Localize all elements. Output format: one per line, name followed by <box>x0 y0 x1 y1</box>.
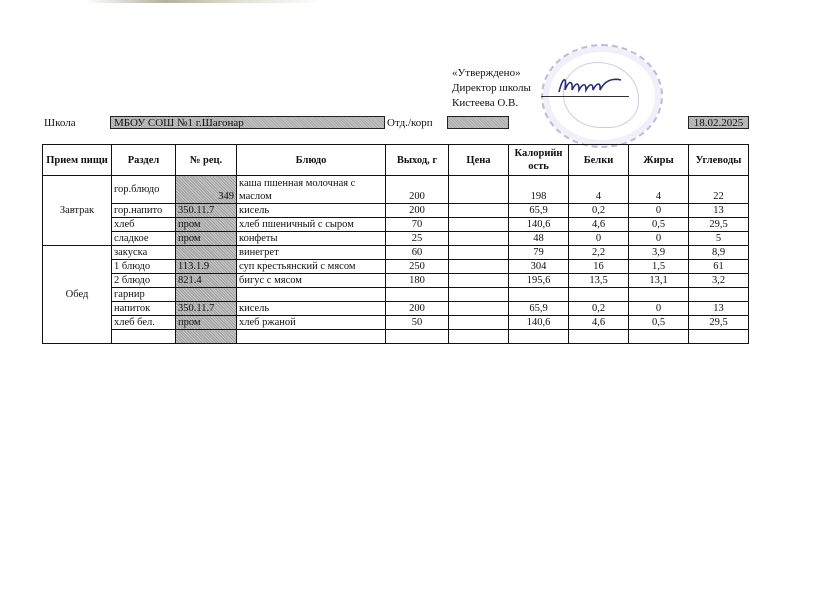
recipe-cell: 349 <box>176 176 237 204</box>
price-cell <box>449 316 509 330</box>
dish-cell: винегрет <box>237 246 386 260</box>
fat-cell: 0 <box>629 204 689 218</box>
yield-cell: 25 <box>386 232 449 246</box>
col-price: Цена <box>449 145 509 176</box>
recipe-cell: пром <box>176 218 237 232</box>
protein-cell: 0,2 <box>569 302 629 316</box>
section-cell: сладкое <box>112 232 176 246</box>
section-cell: 1 блюдо <box>112 260 176 274</box>
price-cell <box>449 288 509 302</box>
recipe-cell <box>176 246 237 260</box>
dish-cell: кисель <box>237 204 386 218</box>
carbs-cell: 5 <box>689 232 749 246</box>
recipe-cell: 821.4 <box>176 274 237 288</box>
yield-cell: 200 <box>386 204 449 218</box>
fat-cell: 1,5 <box>629 260 689 274</box>
protein-cell: 4,6 <box>569 218 629 232</box>
price-cell <box>449 274 509 288</box>
col-meal: Прием пищи <box>43 145 112 176</box>
calories-cell: 140,6 <box>509 218 569 232</box>
price-cell <box>449 204 509 218</box>
col-dish: Блюдо <box>237 145 386 176</box>
fat-cell <box>629 288 689 302</box>
price-cell <box>449 232 509 246</box>
dish-cell <box>237 330 386 344</box>
dish-cell: конфеты <box>237 232 386 246</box>
table-row: хлеб бел.промхлеб ржаной50140,64,60,529,… <box>43 316 749 330</box>
table-row: Обедзакускавинегрет60792,23,98,9 <box>43 246 749 260</box>
dept-field[interactable] <box>447 116 509 129</box>
section-cell: гор.блюдо <box>112 176 176 204</box>
carbs-cell: 13 <box>689 204 749 218</box>
recipe-cell: 350.11.7 <box>176 204 237 218</box>
col-carbs: Углеводы <box>689 145 749 176</box>
section-cell: хлеб <box>112 218 176 232</box>
protein-cell: 13,5 <box>569 274 629 288</box>
carbs-cell: 29,5 <box>689 218 749 232</box>
calories-cell: 140,6 <box>509 316 569 330</box>
recipe-cell <box>176 330 237 344</box>
dish-cell: бигус с мясом <box>237 274 386 288</box>
yield-cell <box>386 330 449 344</box>
scan-artifact <box>85 0 325 3</box>
price-cell <box>449 302 509 316</box>
yield-cell: 250 <box>386 260 449 274</box>
section-cell: закуска <box>112 246 176 260</box>
school-label: Школа <box>44 116 76 130</box>
carbs-cell: 13 <box>689 302 749 316</box>
dish-cell <box>237 288 386 302</box>
protein-cell: 4 <box>569 176 629 204</box>
calories-cell: 65,9 <box>509 204 569 218</box>
price-cell <box>449 218 509 232</box>
protein-cell: 16 <box>569 260 629 274</box>
table-row: 2 блюдо821.4бигус с мясом180195,613,513,… <box>43 274 749 288</box>
carbs-cell: 29,5 <box>689 316 749 330</box>
calories-cell: 48 <box>509 232 569 246</box>
meal-name-cell: Завтрак <box>43 176 112 246</box>
price-cell <box>449 246 509 260</box>
table-row: Завтракгор.блюдо349каша пшенная молочная… <box>43 176 749 204</box>
calories-cell: 79 <box>509 246 569 260</box>
yield-cell: 200 <box>386 302 449 316</box>
col-protein: Белки <box>569 145 629 176</box>
dish-cell: суп крестьянский с мясом <box>237 260 386 274</box>
col-yield: Выход, г <box>386 145 449 176</box>
calories-cell: 65,9 <box>509 302 569 316</box>
carbs-cell <box>689 288 749 302</box>
table-row: сладкоепромконфеты2548005 <box>43 232 749 246</box>
table-row: напиток350.11.7кисель20065,90,2013 <box>43 302 749 316</box>
calories-cell <box>509 330 569 344</box>
fat-cell: 0 <box>629 232 689 246</box>
carbs-cell <box>689 330 749 344</box>
school-field[interactable]: МБОУ СОШ №1 г.Шагонар <box>110 116 385 129</box>
carbs-cell: 61 <box>689 260 749 274</box>
approval-position: Директор школы <box>452 81 531 96</box>
price-cell <box>449 260 509 274</box>
protein-cell: 2,2 <box>569 246 629 260</box>
protein-cell <box>569 288 629 302</box>
section-cell: хлеб бел. <box>112 316 176 330</box>
approval-name: Кистеева О.В. <box>452 96 531 111</box>
col-section: Раздел <box>112 145 176 176</box>
recipe-cell: 113.1.9 <box>176 260 237 274</box>
fat-cell <box>629 330 689 344</box>
table-header-row: Прием пищи Раздел № рец. Блюдо Выход, г … <box>43 145 749 176</box>
calories-cell: 198 <box>509 176 569 204</box>
recipe-cell: пром <box>176 316 237 330</box>
protein-cell <box>569 330 629 344</box>
fat-cell: 0 <box>629 302 689 316</box>
fat-cell: 13,1 <box>629 274 689 288</box>
fat-cell: 0,5 <box>629 316 689 330</box>
carbs-cell: 3,2 <box>689 274 749 288</box>
yield-cell: 70 <box>386 218 449 232</box>
carbs-cell: 8,9 <box>689 246 749 260</box>
section-cell: 2 блюдо <box>112 274 176 288</box>
recipe-cell: 350.11.7 <box>176 302 237 316</box>
approval-title: «Утверждено» <box>452 66 531 81</box>
fat-cell: 4 <box>629 176 689 204</box>
col-fat: Жиры <box>629 145 689 176</box>
menu-table: Прием пищи Раздел № рец. Блюдо Выход, г … <box>42 144 749 344</box>
dish-cell: хлеб ржаной <box>237 316 386 330</box>
section-cell <box>112 330 176 344</box>
fat-cell: 0,5 <box>629 218 689 232</box>
dish-cell: кисель <box>237 302 386 316</box>
table-row: гарнир <box>43 288 749 302</box>
recipe-cell: пром <box>176 232 237 246</box>
table-row: 1 блюдо113.1.9суп крестьянский с мясом25… <box>43 260 749 274</box>
dish-cell: хлеб пшеничный с сыром <box>237 218 386 232</box>
calories-cell: 304 <box>509 260 569 274</box>
table-row: хлебпромхлеб пшеничный с сыром70140,64,6… <box>43 218 749 232</box>
yield-cell: 60 <box>386 246 449 260</box>
meal-name-cell: Обед <box>43 246 112 344</box>
dept-label: Отд./корп <box>387 116 433 130</box>
yield-cell: 50 <box>386 316 449 330</box>
table-row: гор.напито350.11.7кисель20065,90,2013 <box>43 204 749 218</box>
table-row <box>43 330 749 344</box>
price-cell <box>449 176 509 204</box>
yield-cell: 200 <box>386 176 449 204</box>
carbs-cell: 22 <box>689 176 749 204</box>
protein-cell: 4,6 <box>569 316 629 330</box>
col-recipe: № рец. <box>176 145 237 176</box>
section-cell: гор.напито <box>112 204 176 218</box>
calories-cell: 195,6 <box>509 274 569 288</box>
signature-line <box>541 96 629 97</box>
signature-icon <box>555 74 625 96</box>
recipe-cell <box>176 288 237 302</box>
section-cell: гарнир <box>112 288 176 302</box>
approval-block: «Утверждено» Директор школы Кистеева О.В… <box>452 66 531 111</box>
col-calories: Калорийн ость <box>509 145 569 176</box>
yield-cell: 180 <box>386 274 449 288</box>
protein-cell: 0 <box>569 232 629 246</box>
dish-cell: каша пшенная молочная с маслом <box>237 176 386 204</box>
calories-cell <box>509 288 569 302</box>
school-header-row: Школа МБОУ СОШ №1 г.Шагонар Отд./корп 18… <box>0 116 823 130</box>
protein-cell: 0,2 <box>569 204 629 218</box>
fat-cell: 3,9 <box>629 246 689 260</box>
date-field[interactable]: 18.02.2025 <box>688 116 749 129</box>
section-cell: напиток <box>112 302 176 316</box>
yield-cell <box>386 288 449 302</box>
price-cell <box>449 330 509 344</box>
